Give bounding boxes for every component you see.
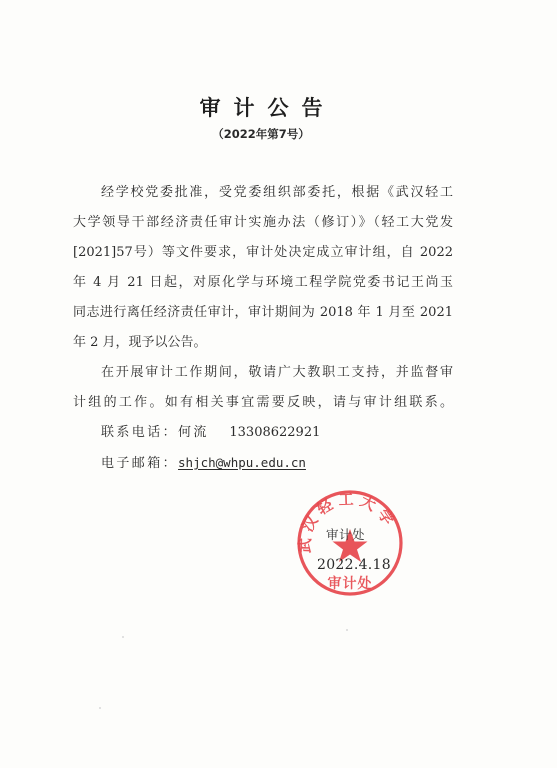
paragraph-request: 在开展审计工作期间，敬请广大教职工支持，并监督审 计组的工作。如有相关事宜需要反…: [73, 358, 453, 418]
paragraph-line: 计组的工作。如有相关事宜需要反映，请与审计组联系。: [73, 388, 453, 418]
issue-date: 2022.4.18: [317, 556, 391, 574]
document-page: 审计公告 （2022年第7号） 经学校党委批准，受党委组织部委托，根据《武汉轻工…: [0, 0, 557, 768]
phone-label: 联系电话：: [101, 425, 178, 440]
scan-speck: [346, 629, 348, 631]
paragraph-line: 年 4 月 21 日起，对原化学与环境工程学院党委书记王尚玉: [73, 268, 453, 298]
scan-speck: [99, 707, 101, 709]
paragraph-line: 经学校党委批准，受党委组织部委托，根据《武汉轻工: [73, 178, 453, 208]
paragraph-line: 大学领导干部经济责任审计实施办法（修订）》（轻工大党发: [73, 208, 453, 238]
phone-number: 13308622921: [229, 425, 320, 440]
email-label: 电子邮箱：: [101, 456, 178, 471]
paragraph-line: [2021]57号）等文件要求，审计处决定成立审计组，自 2022: [73, 238, 453, 268]
paragraph-line: 在开展审计工作期间，敬请广大教职工支持，并监督审: [73, 358, 453, 388]
email-link[interactable]: shjch@whpu.edu.cn: [178, 455, 306, 470]
paragraph-line: 同志进行离任经济责任审计，审计期间为 2018 年 1 月至 2021: [73, 298, 453, 328]
paragraph-announcement: 经学校党委批准，受党委组织部委托，根据《武汉轻工 大学领导干部经济责任审计实施办…: [73, 178, 453, 358]
contact-phone: 联系电话：何流 13308622921: [73, 418, 453, 448]
official-seal-stamp: 武汉轻工大学 审计处: [296, 489, 404, 597]
document-body: 经学校党委批准，受党委组织部委托，根据《武汉轻工 大学领导干部经济责任审计实施办…: [73, 178, 453, 478]
svg-text:审计处: 审计处: [328, 575, 373, 592]
contact-email: 电子邮箱：shjch@whpu.edu.cn: [73, 448, 453, 478]
document-title: 审计公告: [0, 94, 522, 122]
paragraph-line: 年 2 月，现予以公告。: [73, 328, 453, 358]
issuer-signature: 审计处: [326, 527, 365, 543]
document-number: （2022年第7号）: [0, 126, 522, 142]
scan-speck: [122, 636, 124, 638]
phone-person: 何流: [178, 425, 209, 440]
